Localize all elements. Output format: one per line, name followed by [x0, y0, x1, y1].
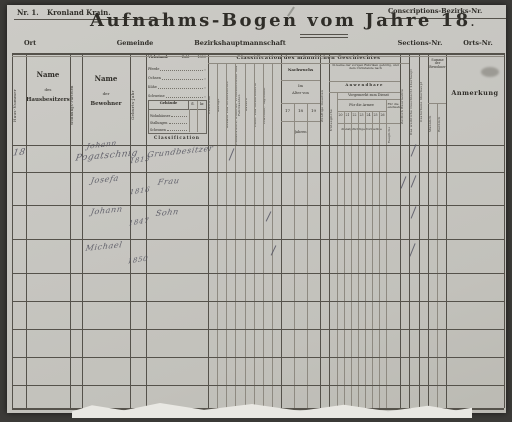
title-double-rule-2: [300, 37, 348, 38]
grid-line: [446, 53, 447, 408]
grid-line: [337, 99, 400, 100]
nachwuchs-year: 19: [307, 109, 320, 113]
armee-year: 25: [372, 114, 379, 117]
col-geburtsjahr: Geburts-Jahr: [131, 67, 145, 143]
info-box-row-label: Schweine: [148, 95, 165, 99]
grid-line: [428, 53, 429, 408]
grid-line: [428, 103, 446, 104]
col-bewohner-2: der: [82, 92, 130, 96]
grid-line: [372, 111, 373, 408]
armee-header: Für die Armee: [337, 104, 386, 108]
col-wohnparteien: Wohnungs-Parteien: [71, 65, 82, 145]
armee-year: 21: [344, 114, 351, 117]
landwehr-header: Für die Landwehr: [386, 103, 400, 109]
grid-line: [281, 80, 320, 81]
tally-mark: [266, 211, 272, 221]
col-hausbesitzer-2: des: [26, 88, 70, 92]
info-box-header: Viehstand: Zahl 1850: [146, 56, 208, 60]
ditto-mark: „: [204, 95, 206, 99]
info-box-row: Schweine„: [148, 90, 206, 99]
grid-line: [344, 111, 345, 408]
col-haus-nummer: Haus-Nummer: [13, 67, 25, 143]
grid-line: [12, 273, 504, 274]
info-box-subtable: Gebäude fl. kr. WohnhäuserStallungenSche…: [148, 100, 207, 134]
grid-line: [12, 205, 504, 206]
grid-line: [130, 53, 131, 408]
ink-smudge: [481, 67, 499, 77]
title-text: Aufnahms-Bogen vom Jahre 18: [90, 10, 471, 31]
grid-line: [437, 103, 438, 408]
grid-line: [365, 111, 366, 408]
grid-line: [337, 111, 386, 112]
landwehr-caption: Taugliche: [388, 126, 398, 144]
grid-line: [337, 123, 400, 124]
info-box-footer: Classification: [146, 136, 208, 140]
dotted-leader: [166, 96, 204, 98]
field-orts-nr: Orts-Nr.: [448, 40, 508, 47]
info-subtable-row: Scheunen: [150, 125, 188, 132]
nachwuchs-unit: Jahren: [281, 131, 320, 135]
grid-line: [12, 56, 504, 57]
grid-line: [208, 63, 409, 64]
handwritten-entry: Josefa: [90, 174, 119, 186]
info-box-col-zahl: Zahl: [182, 56, 190, 60]
dotted-leader: [171, 115, 187, 117]
grid-line: [12, 385, 504, 386]
grid-line: [281, 103, 320, 104]
grid-line: [329, 53, 330, 408]
summary-header: Summe der Bewohner: [429, 59, 446, 69]
scanned-census-sheet: Nr. 1. Kronland Krain. Conscriptions-Bez…: [7, 5, 506, 413]
col-gestorbene: Gestorbene überhaupt: [420, 59, 428, 144]
grid-line: [70, 53, 71, 408]
grid-line: [12, 53, 13, 408]
grid-line: [281, 121, 320, 122]
armee-year: 20: [337, 114, 344, 117]
info-box-row: Kühe„: [148, 81, 206, 90]
summary-subcolumn-label: Weiblich: [438, 105, 446, 143]
field-bezirkshauptmannschaft: Bezirkshauptmannschaft: [177, 40, 303, 47]
grid-line: [26, 53, 27, 408]
col-zuenftige: Zünftige Gesellen: [321, 67, 329, 145]
info-subtable-row: Wohnhäuser: [150, 111, 188, 118]
handwritten-entry: Johann: [90, 204, 123, 216]
grid-line: [409, 53, 410, 408]
grid-line: [12, 329, 504, 330]
tally-mark: [409, 243, 416, 257]
grid-line: [12, 301, 504, 302]
classification-column-label: Inwohner, Taglöhner: [263, 65, 271, 145]
info-subtable-col-fl: fl.: [188, 101, 197, 109]
title-suffix: .: [471, 18, 474, 29]
grid-line: [419, 53, 420, 408]
info-box: Viehstand: Zahl 1850 Pferde„Ochsen„Kühe„…: [146, 55, 208, 145]
grid-line: [12, 239, 504, 240]
col-bewohner-3: Bewohner: [82, 102, 130, 108]
info-box-rows: Pferde„Ochsen„Kühe„Schweine„: [148, 63, 206, 99]
grid-line: [504, 53, 505, 408]
armee-year: 24: [365, 114, 372, 117]
grid-line: [329, 92, 400, 93]
col-hausbesitzer-1: Name: [26, 71, 70, 78]
info-box-col-year: 1850: [197, 56, 206, 60]
anmerkung-header: Anmerkung: [446, 90, 504, 97]
handwritten-entry: Sohn: [155, 207, 179, 218]
info-subtable-row-label: Scheunen: [150, 129, 166, 132]
grid-line: [146, 53, 147, 408]
grid-line: [351, 111, 352, 408]
info-subtable-rows: WohnhäuserStallungenScheunen: [150, 111, 188, 132]
sheet-number: Nr. 1.: [17, 9, 39, 16]
classification-column-label: Handelsleute, Künstler, Professionisten …: [235, 65, 244, 145]
grid-line: [307, 103, 308, 408]
info-box-row: Pferde„: [148, 63, 206, 72]
nachwuchs-sub-2: Alter von: [281, 92, 320, 96]
grid-line: [337, 92, 338, 408]
page-title: Aufnahms-Bogen vom Jahre 18.: [90, 12, 406, 31]
dotted-leader: [162, 78, 203, 80]
handwritten-entry: 18: [12, 147, 26, 158]
dotted-leader: [158, 87, 203, 89]
col-hausbesitzer-3: Hausbesitzers: [26, 98, 70, 104]
info-box-title: Viehstand:: [148, 56, 168, 60]
dotted-leader: [160, 69, 203, 71]
dotted-leader: [167, 129, 187, 131]
armee-year: 23: [358, 114, 365, 117]
grid-line: [12, 53, 504, 55]
col-beurlaubte: Zeitlich Beurlaubte: [401, 67, 409, 145]
handwritten-entry: 1816: [129, 185, 150, 196]
field-gemeinde: Gemeinde: [105, 40, 165, 47]
tally-mark: [411, 206, 417, 219]
nachwuchs-year: 17: [281, 109, 294, 113]
handwritten-entry: Michael: [85, 240, 123, 253]
col-untaugliche: Untaugliche: [330, 95, 337, 145]
classification-header: Classification des männlichen Geschlecht…: [208, 56, 409, 61]
keine-rubrik-header: In keine der vorigen Rubriken gehörig, u…: [331, 64, 400, 70]
info-subtable-divider: [197, 101, 198, 132]
grid-line: [12, 357, 504, 358]
dotted-leader: [169, 122, 188, 124]
grid-line: [208, 53, 209, 408]
grid-line: [320, 53, 321, 408]
handwritten-entry: Johann: [86, 138, 117, 151]
grid-line: [281, 53, 282, 408]
nachwuchs-sub-1: Im: [281, 85, 320, 89]
grid-line: [358, 111, 359, 408]
nachwuchs-header: Nachwuchs: [281, 68, 320, 72]
grid-line: [82, 53, 83, 408]
nachwuchs-year: 18: [294, 109, 307, 113]
armee-year: 26: [379, 114, 386, 117]
tally-mark: [401, 176, 407, 189]
info-subtable-divider: [189, 109, 190, 132]
grid-line: [12, 172, 504, 173]
grid-line: [400, 53, 401, 408]
info-subtable-col-kr: kr.: [197, 101, 206, 109]
anwendbare-label: Anwendbare: [329, 83, 400, 87]
armee-year: 22: [351, 114, 358, 117]
info-subtable-title: Gebäude: [149, 101, 188, 109]
info-box-row: Ochsen„: [148, 72, 206, 81]
handwritten-entry: Frau: [157, 176, 180, 187]
col-bewohner-1: Name: [82, 75, 130, 82]
summary-subcolumn-label: Männlich: [429, 105, 437, 143]
col-weiblich-gesamt: Das weibliche Geschlecht überhaupt: [410, 59, 419, 144]
grid-line: [329, 81, 400, 82]
grid-line: [294, 103, 295, 408]
field-sections-nr: Sections-Nr.: [390, 40, 450, 47]
grid-line: [379, 111, 380, 408]
title-double-rule-1: [300, 34, 348, 35]
tally-mark: [411, 175, 417, 188]
tally-mark: [229, 148, 235, 161]
info-subtable-row: Stallungen: [150, 118, 188, 125]
field-ort: Ort: [24, 40, 36, 47]
vorgemerkt-label: Vorgemerkt zum Dienst: [337, 94, 400, 98]
